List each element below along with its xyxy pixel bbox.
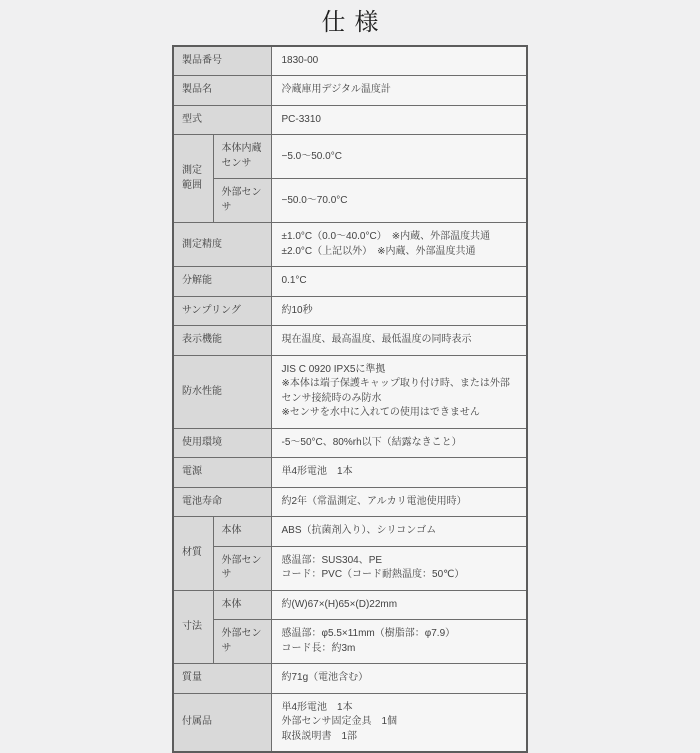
- value-dimensions-external-line-2: コード長：約3m: [282, 642, 517, 657]
- value-waterproof: JIS C 0920 IPX5に準拠 ※本体は端子保護キャップ取り付け時、または…: [271, 355, 527, 428]
- value-resolution: 0.1°C: [271, 267, 527, 297]
- value-waterproof-line-2: ※本体は端子保護キャップ取り付け時、または外部センサ接続時のみ防水: [282, 377, 517, 406]
- sublabel-internal-sensor: 本体内蔵センサ: [213, 135, 271, 179]
- table-row-power: 電源 単4形電池 1本: [173, 458, 527, 488]
- value-accessories: 単4形電池 1本 外部センサ固定金具 1個 取扱説明書 1部: [271, 693, 527, 752]
- table-row-material-body: 材質 本体 ABS（抗菌剤入り）、シリコンゴム: [173, 517, 527, 547]
- value-accuracy: ±1.0°C（0.0〜40.0°C） ※内蔵、外部温度共通 ±2.0°C（上記以…: [271, 223, 527, 267]
- value-material-body: ABS（抗菌剤入り）、シリコンゴム: [271, 517, 527, 547]
- value-material-external-line-1: 感温部：SUS304、PE: [282, 554, 517, 569]
- label-display-function: 表示機能: [173, 326, 271, 356]
- label-model: 型式: [173, 105, 271, 135]
- label-product-number: 製品番号: [173, 46, 271, 76]
- value-accessories-line-3: 取扱説明書 1部: [282, 730, 517, 745]
- table-row-display-function: 表示機能 現在温度、最高温度、最低温度の同時表示: [173, 326, 527, 356]
- value-display-function: 現在温度、最高温度、最低温度の同時表示: [271, 326, 527, 356]
- table-row-battery-life: 電池寿命 約2年（常温測定、アルカリ電池使用時）: [173, 487, 527, 517]
- table-row-model: 型式 PC-3310: [173, 105, 527, 135]
- label-power: 電源: [173, 458, 271, 488]
- table-row-waterproof: 防水性能 JIS C 0920 IPX5に準拠 ※本体は端子保護キャップ取り付け…: [173, 355, 527, 428]
- label-sampling: サンプリング: [173, 296, 271, 326]
- value-product-number: 1830-00: [271, 46, 527, 76]
- value-waterproof-line-3: ※センサを水中に入れての使用はできません: [282, 406, 517, 421]
- table-row-dimensions-external-sensor: 外部センサ 感温部：φ5.5×11mm（樹脂部：φ7.9） コード長：約3m: [173, 620, 527, 664]
- spec-page: 仕様 製品番号 1830-00 製品名 冷蔵庫用デジタル温度計 型式 PC-33…: [0, 0, 700, 700]
- table-row-dimensions-body: 寸法 本体 約(W)67×(H)65×(D)22mm: [173, 590, 527, 620]
- table-row-range-internal: 測定範囲 本体内蔵センサ −5.0〜50.0°C: [173, 135, 527, 179]
- sublabel-material-body: 本体: [213, 517, 271, 547]
- table-row-range-external: 外部センサ −50.0〜70.0°C: [173, 179, 527, 223]
- table-row-accessories: 付属品 単4形電池 1本 外部センサ固定金具 1個 取扱説明書 1部: [173, 693, 527, 752]
- value-accessories-line-2: 外部センサ固定金具 1個: [282, 715, 517, 730]
- label-weight: 質量: [173, 664, 271, 694]
- table-row-operating-env: 使用環境 -5〜50°C、80%rh以下（結露なきこと）: [173, 428, 527, 458]
- table-row-resolution: 分解能 0.1°C: [173, 267, 527, 297]
- value-material-external-sensor: 感温部：SUS304、PE コード：PVC（コード耐熱温度：50℃）: [271, 546, 527, 590]
- value-waterproof-line-1: JIS C 0920 IPX5に準拠: [282, 363, 517, 378]
- value-material-external-line-2: コード：PVC（コード耐熱温度：50℃）: [282, 568, 517, 583]
- spec-table: 製品番号 1830-00 製品名 冷蔵庫用デジタル温度計 型式 PC-3310 …: [172, 45, 528, 753]
- label-accuracy: 測定精度: [173, 223, 271, 267]
- table-row-product-number: 製品番号 1830-00: [173, 46, 527, 76]
- label-measurement-range: 測定範囲: [173, 135, 213, 223]
- page-title: 仕様: [0, 9, 700, 38]
- value-accuracy-line-2: ±2.0°C（上記以外） ※内蔵、外部温度共通: [282, 245, 517, 260]
- value-accessories-line-1: 単4形電池 1本: [282, 701, 517, 716]
- table-row-material-external-sensor: 外部センサ 感温部：SUS304、PE コード：PVC（コード耐熱温度：50℃）: [173, 546, 527, 590]
- value-operating-env: -5〜50°C、80%rh以下（結露なきこと）: [271, 428, 527, 458]
- label-operating-env: 使用環境: [173, 428, 271, 458]
- label-battery-life: 電池寿命: [173, 487, 271, 517]
- value-dimensions-external-line-1: 感温部：φ5.5×11mm（樹脂部：φ7.9）: [282, 627, 517, 642]
- label-material: 材質: [173, 517, 213, 591]
- sublabel-material-external-sensor: 外部センサ: [213, 546, 271, 590]
- sublabel-external-sensor: 外部センサ: [213, 179, 271, 223]
- value-sampling: 約10秒: [271, 296, 527, 326]
- table-row-weight: 質量 約71g（電池含む）: [173, 664, 527, 694]
- label-product-name: 製品名: [173, 76, 271, 106]
- label-waterproof: 防水性能: [173, 355, 271, 428]
- value-battery-life: 約2年（常温測定、アルカリ電池使用時）: [271, 487, 527, 517]
- value-range-internal: −5.0〜50.0°C: [271, 135, 527, 179]
- value-model: PC-3310: [271, 105, 527, 135]
- label-dimensions: 寸法: [173, 590, 213, 664]
- sublabel-dimensions-external-sensor: 外部センサ: [213, 620, 271, 664]
- sublabel-dimensions-body: 本体: [213, 590, 271, 620]
- value-power: 単4形電池 1本: [271, 458, 527, 488]
- label-resolution: 分解能: [173, 267, 271, 297]
- table-row-accuracy: 測定精度 ±1.0°C（0.0〜40.0°C） ※内蔵、外部温度共通 ±2.0°…: [173, 223, 527, 267]
- value-dimensions-external-sensor: 感温部：φ5.5×11mm（樹脂部：φ7.9） コード長：約3m: [271, 620, 527, 664]
- table-row-sampling: サンプリング 約10秒: [173, 296, 527, 326]
- value-dimensions-body: 約(W)67×(H)65×(D)22mm: [271, 590, 527, 620]
- table-row-product-name: 製品名 冷蔵庫用デジタル温度計: [173, 76, 527, 106]
- label-accessories: 付属品: [173, 693, 271, 752]
- value-range-external: −50.0〜70.0°C: [271, 179, 527, 223]
- value-weight: 約71g（電池含む）: [271, 664, 527, 694]
- value-product-name: 冷蔵庫用デジタル温度計: [271, 76, 527, 106]
- value-accuracy-line-1: ±1.0°C（0.0〜40.0°C） ※内蔵、外部温度共通: [282, 230, 517, 245]
